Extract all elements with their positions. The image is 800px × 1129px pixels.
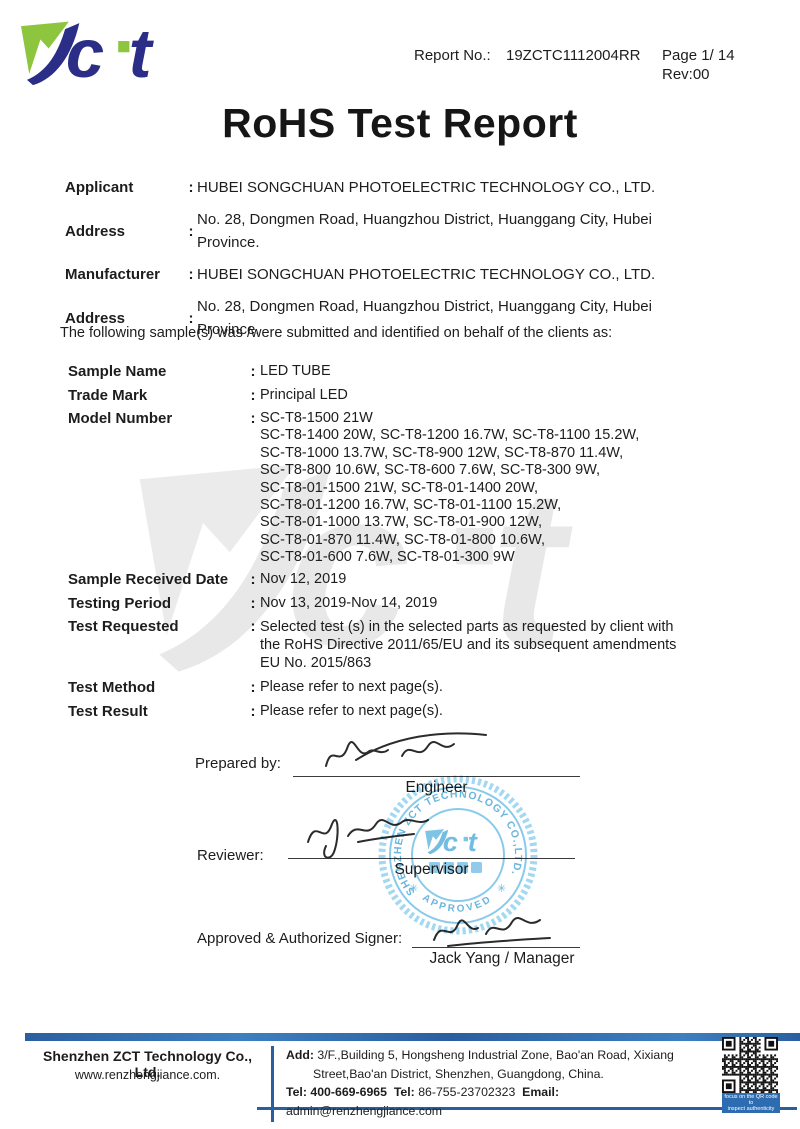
- footer-tel1-label: Tel:: [286, 1085, 307, 1099]
- field-colon: :: [246, 679, 260, 696]
- text-line: Province.: [197, 231, 769, 254]
- text-line: No. 28, Dongmen Road, Huangzhou District…: [197, 208, 769, 231]
- footer-tel2-label: Tel:: [394, 1085, 415, 1099]
- text-line: the RoHS Directive 2011/65/EU and its su…: [260, 636, 768, 654]
- field-value: Nov 13, 2019-Nov 14, 2019: [260, 594, 768, 613]
- field-value: Please refer to next page(s).: [260, 678, 768, 697]
- revision-indicator: Rev:00: [662, 66, 710, 83]
- field-label: Sample Received Date: [68, 571, 246, 588]
- field-colon: :: [246, 703, 260, 720]
- text-line: Principal LED: [260, 386, 768, 405]
- footer-contact-block: Add: 3/F.,Building 5, Hongsheng Industri…: [286, 1046, 718, 1120]
- text-line: Nov 12, 2019: [260, 570, 768, 589]
- text-line: SC-T8-01-1500 21W, SC-T8-01-1400 20W,: [260, 480, 768, 497]
- text-line: Selected test (s) in the selected parts …: [260, 618, 768, 636]
- field-label: Address: [65, 310, 185, 327]
- qr-caption-line-1: focus on the QR code to: [722, 1094, 780, 1106]
- stamp-center-glyphs: [429, 862, 482, 873]
- stamp-left-star: ✳: [409, 883, 418, 895]
- field-label: Sample Name: [68, 363, 246, 380]
- field-row-manufacturer: Manufacturer : HUBEI SONGCHUAN PHOTOELEC…: [65, 263, 785, 286]
- field-row-trade-mark: Trade Mark : Principal LED: [68, 386, 788, 405]
- rohs-report-page: c t Report No.: 19ZCTC1112004RR Page 1/ …: [0, 0, 800, 1129]
- footer-accent-bar: [25, 1033, 800, 1041]
- field-label: Test Result: [68, 703, 246, 720]
- text-line: SC-T8-01-1200 16.7W, SC-T8-01-1100 15.2W…: [260, 497, 768, 514]
- text-line: Please refer to next page(s).: [260, 678, 768, 697]
- field-row-sample-received-date: Sample Received Date : Nov 12, 2019: [68, 570, 788, 589]
- page-indicator: Page 1/ 14: [662, 47, 735, 64]
- text-line: HUBEI SONGCHUAN PHOTOELECTRIC TECHNOLOGY…: [197, 263, 769, 286]
- text-line: HUBEI SONGCHUAN PHOTOELECTRIC TECHNOLOGY…: [197, 176, 769, 199]
- stamp-center-logo: [425, 826, 478, 857]
- field-label: Model Number: [68, 410, 246, 427]
- company-stamp: SHENZHEN ZCT TECHNOLOGY CO.,LTD. APPROVE…: [373, 770, 543, 940]
- reviewer-label: Reviewer:: [197, 847, 264, 864]
- field-row-test-requested: Test Requested : Selected test (s) in th…: [68, 618, 788, 673]
- footer-address-line-1: Add: 3/F.,Building 5, Hongsheng Industri…: [286, 1046, 718, 1065]
- text-line: EU No. 2015/863: [260, 654, 768, 672]
- qr-caption: focus on the QR code to inspect authenti…: [722, 1093, 780, 1113]
- stamp-approved-text: APPROVED: [420, 892, 494, 914]
- field-colon: :: [246, 410, 260, 427]
- text-line: SC-T8-01-1000 13.7W, SC-T8-01-900 12W,: [260, 514, 768, 531]
- field-label: Test Method: [68, 679, 246, 696]
- field-label: Address: [65, 223, 185, 240]
- field-colon: :: [185, 179, 197, 196]
- field-label: Manufacturer: [65, 266, 185, 283]
- field-row-applicant: Applicant : HUBEI SONGCHUAN PHOTOELECTRI…: [65, 176, 785, 199]
- field-colon: :: [185, 266, 197, 283]
- footer-add-label: Add:: [286, 1048, 314, 1062]
- field-value: HUBEI SONGCHUAN PHOTOELECTRIC TECHNOLOGY…: [197, 176, 769, 199]
- stamp-right-star: ✳: [497, 883, 506, 895]
- prepared-by-label: Prepared by:: [195, 755, 281, 772]
- intro-sentence: The following sample(s) was /were submit…: [60, 325, 612, 341]
- field-label: Testing Period: [68, 595, 246, 612]
- field-colon: :: [246, 595, 260, 612]
- text-line: SC-T8-800 10.6W, SC-T8-600 7.6W, SC-T8-3…: [260, 462, 768, 479]
- text-line: SC-T8-1400 20W, SC-T8-1200 16.7W, SC-T8-…: [260, 427, 768, 444]
- footer-website: www.renzhengjiance.com.: [30, 1068, 265, 1082]
- footer-tel2: 86-755-23702323: [418, 1085, 515, 1099]
- field-colon: :: [246, 363, 260, 380]
- field-colon: :: [185, 310, 197, 327]
- field-row-testing-period: Testing Period : Nov 13, 2019-Nov 14, 20…: [68, 594, 788, 613]
- field-row-address: Address : No. 28, Dongmen Road, Huangzho…: [65, 208, 785, 254]
- text-line: No. 28, Dongmen Road, Huangzhou District…: [197, 295, 769, 318]
- field-colon: :: [246, 571, 260, 588]
- page-title: RoHS Test Report: [0, 100, 800, 147]
- field-row-sample-name: Sample Name : LED TUBE: [68, 362, 788, 381]
- text-line: LED TUBE: [260, 362, 768, 381]
- field-row-test-method: Test Method : Please refer to next page(…: [68, 678, 788, 697]
- text-line: SC-T8-1000 13.7W, SC-T8-900 12W, SC-T8-8…: [260, 445, 768, 462]
- field-value: LED TUBE: [260, 362, 768, 381]
- footer-email-label: Email:: [522, 1085, 559, 1099]
- qr-code: [722, 1037, 778, 1093]
- zct-logo: [18, 14, 190, 89]
- field-colon: :: [246, 387, 260, 404]
- footer-tel1: 400-669-6965: [310, 1085, 387, 1099]
- footer-contact-line: Tel: 400-669-6965 Tel: 86-755-23702323 E…: [286, 1083, 718, 1120]
- footer-email: admin@renzhengjiance.com: [286, 1104, 442, 1118]
- field-row-model-number: Model Number : SC-T8-1500 21WSC-T8-1400 …: [68, 410, 788, 567]
- text-line: SC-T8-01-600 7.6W, SC-T8-01-300 9W: [260, 549, 768, 566]
- field-value: Principal LED: [260, 386, 768, 405]
- text-line: SC-T8-01-870 11.4W, SC-T8-01-800 10.6W,: [260, 532, 768, 549]
- field-row-test-result: Test Result : Please refer to next page(…: [68, 702, 788, 721]
- svg-text:APPROVED: APPROVED: [420, 892, 494, 914]
- footer-address-text: 3/F.,Building 5, Hongsheng Industrial Zo…: [317, 1048, 673, 1062]
- text-line: SC-T8-1500 21W: [260, 410, 768, 427]
- text-line: Nov 13, 2019-Nov 14, 2019: [260, 594, 768, 613]
- report-no-value: 19ZCTC1112004RR: [506, 47, 641, 64]
- footer-address-line-2: Street,Bao'an District, Shenzhen, Guangd…: [286, 1065, 718, 1084]
- field-colon: :: [185, 223, 197, 240]
- field-colon: :: [246, 618, 260, 635]
- qr-caption-line-2: inspect authenticity: [722, 1106, 780, 1112]
- sample-fields: Sample Name : LED TUBE Trade Mark : Prin…: [68, 362, 788, 726]
- client-fields: Applicant : HUBEI SONGCHUAN PHOTOELECTRI…: [65, 176, 785, 350]
- field-value: Nov 12, 2019: [260, 570, 768, 589]
- field-value: Selected test (s) in the selected parts …: [260, 618, 768, 673]
- field-value: SC-T8-1500 21WSC-T8-1400 20W, SC-T8-1200…: [260, 410, 768, 567]
- field-label: Test Requested: [68, 618, 246, 635]
- report-no-label: Report No.:: [414, 47, 491, 64]
- field-value: HUBEI SONGCHUAN PHOTOELECTRIC TECHNOLOGY…: [197, 263, 769, 286]
- text-line: Please refer to next page(s).: [260, 702, 768, 721]
- field-label: Applicant: [65, 179, 185, 196]
- footer-vertical-divider: [271, 1046, 274, 1122]
- field-value: No. 28, Dongmen Road, Huangzhou District…: [197, 208, 769, 254]
- field-label: Trade Mark: [68, 387, 246, 404]
- field-value: Please refer to next page(s).: [260, 702, 768, 721]
- approved-signer-label: Approved & Authorized Signer:: [197, 930, 402, 947]
